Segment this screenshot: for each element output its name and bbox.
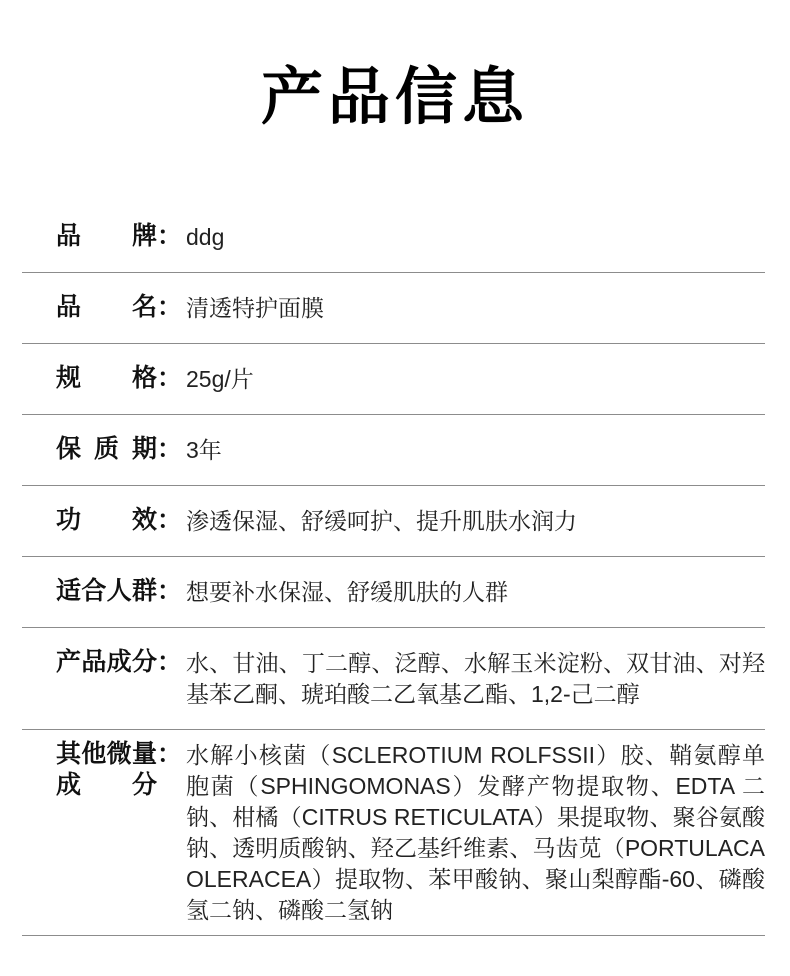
info-row-specification: 规格： 25g/片 <box>22 344 765 415</box>
row-label: 品牌 <box>56 221 157 252</box>
row-label-colon: ： <box>157 293 182 321</box>
info-table: 品牌： ddg 品名： 清透特护面膜 规格： 25g/片 保质期： 3年 功效：… <box>22 202 765 936</box>
row-label-colon: ： <box>157 648 182 676</box>
row-label-cell: 功效： <box>22 505 186 536</box>
row-value: 清透特护面膜 <box>186 292 765 324</box>
row-label: 功效 <box>56 505 157 536</box>
info-row-efficacy: 功效： 渗透保湿、舒缓呵护、提升肌肤水润力 <box>22 486 765 557</box>
row-label: 品名 <box>56 292 157 323</box>
row-label-colon: ： <box>157 364 182 392</box>
row-label-cell: 品名： <box>22 292 186 323</box>
row-label-colon: ： <box>157 435 182 463</box>
row-label-colon: ： <box>157 740 182 768</box>
row-label-colon: ： <box>157 577 182 605</box>
row-value: 水、甘油、丁二醇、泛醇、水解玉米淀粉、双甘油、对羟基苯乙酮、琥珀酸二乙氧基乙酯、… <box>186 647 765 710</box>
row-label: 其他微量成分 <box>56 739 157 801</box>
page-title: 产品信息 <box>0 57 790 138</box>
row-label-cell: 其他微量成分： <box>22 739 186 801</box>
info-row-brand: 品牌： ddg <box>22 202 765 273</box>
product-info-page: 产品信息 品牌： ddg 品名： 清透特护面膜 规格： 25g/片 保质期： 3… <box>0 57 790 936</box>
info-row-suitable-for: 适合人群： 想要补水保湿、舒缓肌肤的人群 <box>22 557 765 628</box>
row-label-cell: 规格： <box>22 363 186 394</box>
info-row-trace-ingredients: 其他微量成分： 水解小核菌（SCLEROTIUM ROLFSSII）胶、鞘氨醇单… <box>22 730 765 936</box>
info-row-shelf-life: 保质期： 3年 <box>22 415 765 486</box>
info-row-ingredients: 产品成分： 水、甘油、丁二醇、泛醇、水解玉米淀粉、双甘油、对羟基苯乙酮、琥珀酸二… <box>22 628 765 730</box>
info-row-product-name: 品名： 清透特护面膜 <box>22 273 765 344</box>
row-label-cell: 适合人群： <box>22 576 186 607</box>
row-label: 保质期 <box>56 434 157 465</box>
row-label-cell: 品牌： <box>22 221 186 252</box>
row-label: 适合人群 <box>56 576 157 607</box>
row-value: 渗透保湿、舒缓呵护、提升肌肤水润力 <box>186 505 765 537</box>
row-label-cell: 保质期： <box>22 434 186 465</box>
row-label-cell: 产品成分： <box>22 647 186 678</box>
row-value: 25g/片 <box>186 363 765 395</box>
row-label-colon: ： <box>157 506 182 534</box>
row-label: 规格 <box>56 363 157 394</box>
row-value: ddg <box>186 221 765 253</box>
row-value: 3年 <box>186 434 765 466</box>
row-value: 想要补水保湿、舒缓肌肤的人群 <box>186 576 765 608</box>
row-label: 产品成分 <box>56 647 157 678</box>
row-label-colon: ： <box>157 222 182 250</box>
row-value: 水解小核菌（SCLEROTIUM ROLFSSII）胶、鞘氨醇单胞菌（SPHIN… <box>186 739 765 926</box>
